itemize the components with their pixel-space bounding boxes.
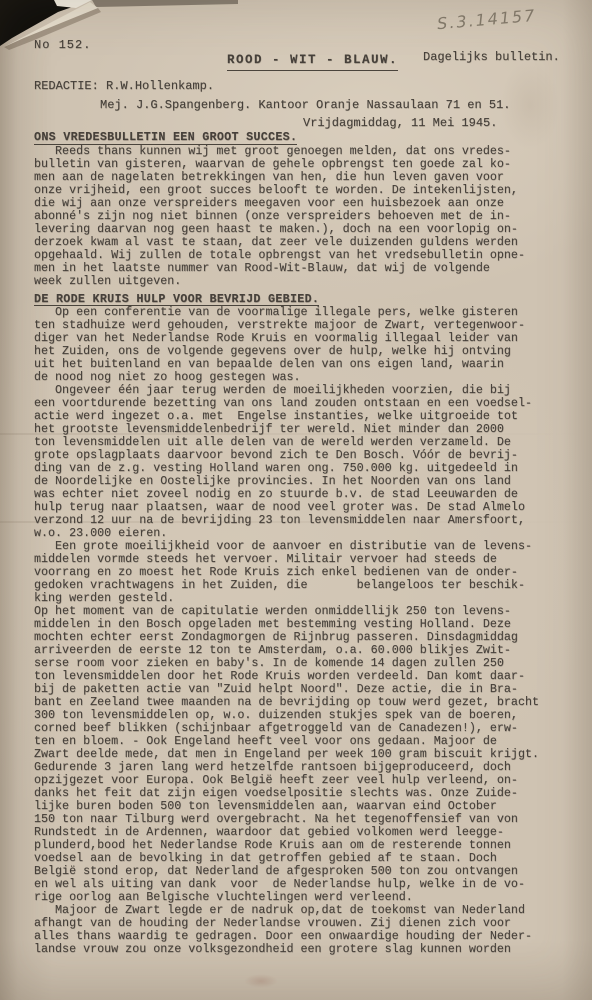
paragraph: Majoor de Zwart legde er de nadruk op,da… <box>34 904 574 956</box>
bulletin-body: ONS VREDESBULLETIN EEN GROOT SUCCES. Ree… <box>34 131 574 956</box>
dateline: Vrijdagmiddag, 11 Mei 1945. <box>303 116 497 130</box>
section-heading-vredesbulletin: ONS VREDESBULLETIN EEN GROOT SUCCES. <box>34 131 574 145</box>
paragraph: Een grote moeilijkheid voor de aanvoer e… <box>34 540 574 605</box>
paragraph: Reeds thans kunnen wij met groot genoege… <box>34 145 574 288</box>
paragraph: Op het moment van de capitulatie werden … <box>34 605 574 904</box>
paper-stain <box>244 974 278 988</box>
paragraph: Ongeveer één jaar terug werden de moeili… <box>34 384 574 540</box>
torn-corner-graphic <box>0 0 260 70</box>
bulletin-type: Dagelijks bulletin. <box>423 50 560 64</box>
scanned-bulletin-page: S.3.14157 No 152. ROOD - WIT - BLAUW. Da… <box>0 0 592 1000</box>
paragraph: Op een conferentie van de voormalige ill… <box>34 306 574 384</box>
redactie-line-2: Mej. J.G.Spangenberg. Kantoor Oranje Nas… <box>100 98 510 112</box>
issue-number: No 152. <box>34 38 91 52</box>
handwritten-archive-mark: S.3.14157 <box>436 6 537 34</box>
section-heading-rode-kruis: DE RODE KRUIS HULP VOOR BEVRIJD GEBIED. <box>34 293 574 307</box>
redactie-line-1: REDACTIE: R.W.Hollenkamp. <box>34 79 214 93</box>
bulletin-title: ROOD - WIT - BLAUW. <box>227 53 398 71</box>
